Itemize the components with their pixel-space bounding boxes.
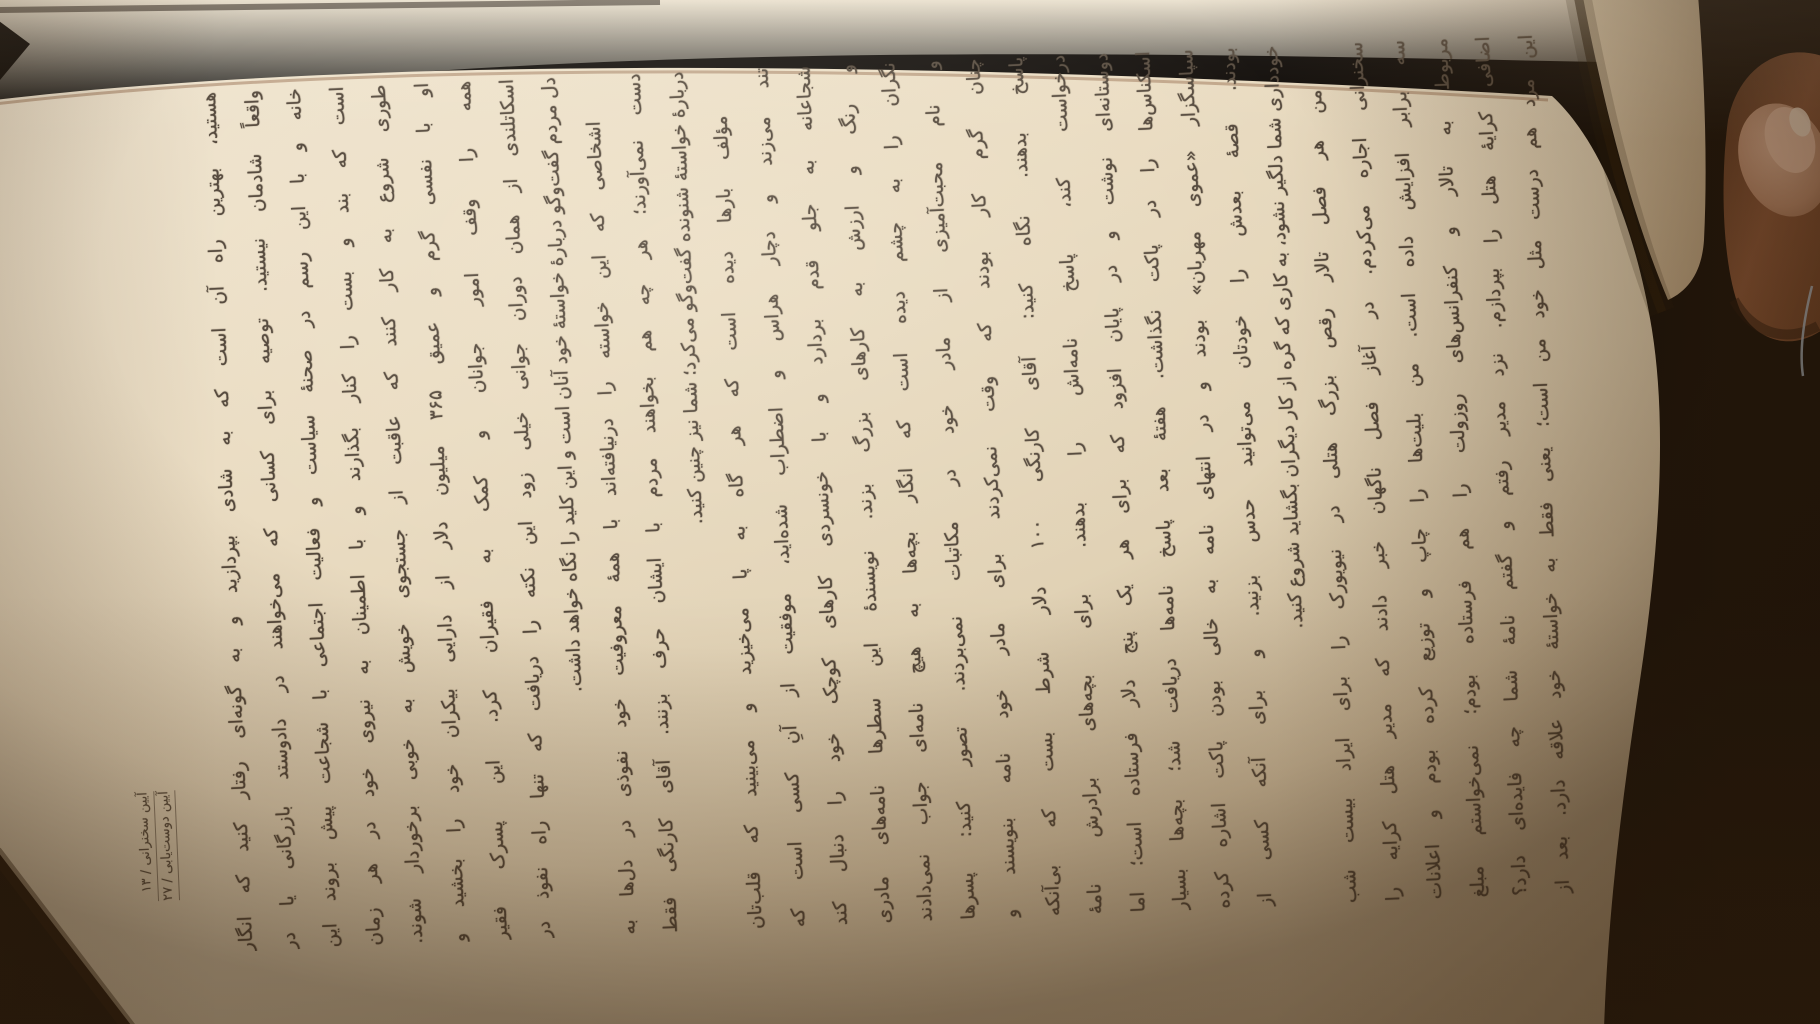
- photo-canvas: آیین سخنرانی / ۱۳ آیین دوست‌یابی / ۲۷ هس…: [0, 0, 1820, 1024]
- finger: [1723, 52, 1820, 341]
- running-header: آیین سخنرانی / ۱۳ آیین دوست‌یابی / ۲۷: [133, 791, 180, 902]
- page-text-layer: آیین سخنرانی / ۱۳ آیین دوست‌یابی / ۲۷ هس…: [97, 34, 1583, 956]
- body-lines: هستید، بهترین راه آن است که به شادی بپرد…: [97, 34, 1583, 956]
